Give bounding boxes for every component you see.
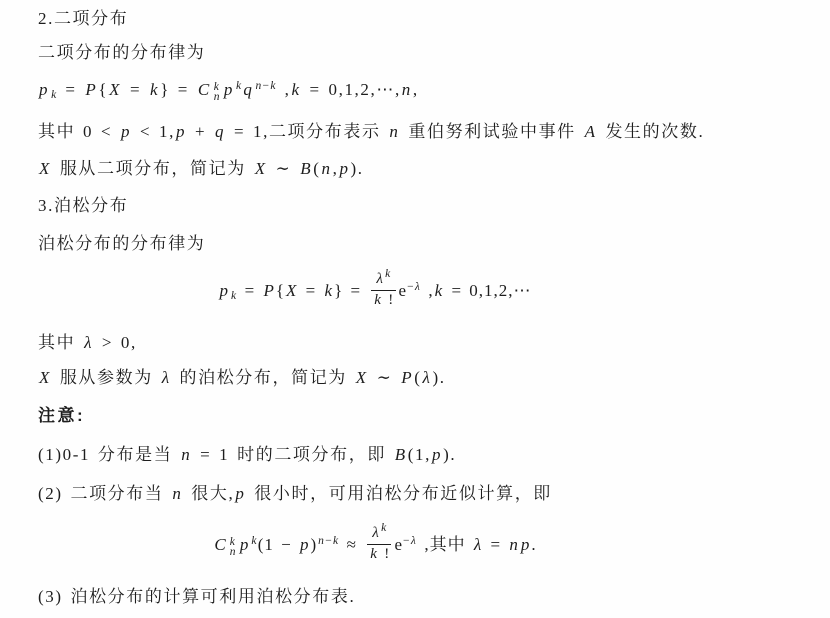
binomial-params: 其中 0 < p < 1,p + q = 1,二项分布表示 n 重伯努利试验中事…: [38, 120, 816, 143]
text-run: ).: [443, 445, 456, 464]
subscript: k: [230, 290, 237, 302]
superscript: k: [380, 522, 387, 534]
text-run: +: [187, 122, 214, 141]
superscript: k: [235, 80, 242, 92]
text-run: 很小时，可用泊松分布近似计算，即: [246, 484, 551, 503]
text-run: ).: [351, 159, 364, 178]
math-variable: k: [332, 535, 339, 547]
math-variable: B: [299, 159, 313, 178]
text-run: < 1,: [132, 122, 175, 141]
fraction: λkk !: [367, 525, 391, 563]
math-variable: B: [394, 445, 408, 464]
text-run: =: [58, 80, 85, 99]
superscript: k: [384, 268, 391, 280]
math-variable: n: [180, 445, 192, 464]
math-variable: p: [239, 535, 251, 554]
math-variable: n: [388, 122, 400, 141]
note-3-poisson-table: (3) 泊松分布的计算可利用泊松分布表.: [38, 585, 816, 608]
section-heading-poisson: 3.泊松分布: [38, 194, 816, 217]
superscript: k: [250, 535, 257, 547]
text-run: =: [298, 281, 323, 300]
math-variable: P: [84, 80, 98, 99]
math-variable: n: [508, 535, 520, 554]
superscript: n−k: [317, 535, 339, 547]
text-run: 注意:: [38, 406, 85, 425]
math-variable: k: [373, 292, 382, 308]
poisson-pmf-formula: pk = P{X = k} = λkk !e−λ ,k = 0,1,2,⋯: [0, 268, 750, 314]
text-run: =: [237, 281, 262, 300]
text-run: !: [378, 546, 389, 562]
subscript: k: [50, 89, 57, 101]
math-variable: p: [223, 80, 235, 99]
math-variable: n: [401, 80, 413, 99]
math-variable: k: [434, 281, 445, 300]
text-run: −: [407, 281, 414, 293]
math-variable: λ: [371, 525, 380, 541]
text-run: 其中: [38, 333, 83, 352]
math-variable: X: [285, 281, 298, 300]
poisson-pmf-intro: 泊松分布的分布律为: [38, 232, 816, 255]
math-variable: k: [149, 80, 160, 99]
text-run: e: [394, 535, 403, 554]
fraction-denominator: k !: [371, 291, 395, 309]
math-variable: k: [230, 290, 237, 302]
fraction: λkk !: [371, 271, 395, 309]
math-variable: C: [213, 535, 227, 554]
math-variable: k: [269, 80, 276, 92]
math-variable: λ: [473, 535, 483, 554]
math-variable: X: [38, 368, 52, 387]
superscript: −λ: [407, 281, 421, 293]
note-2-poisson-approximation: (2) 二项分布当 n 很大,p 很小时，可用泊松分布近似计算，即: [38, 482, 816, 505]
math-variable: A: [584, 122, 598, 141]
text-run: = 0,1,2,⋯: [444, 281, 531, 300]
fraction-numerator: λk: [367, 525, 391, 545]
text-run: e: [399, 281, 408, 300]
text-run: 3.泊松分布: [38, 196, 128, 215]
text-run: ,: [421, 281, 434, 300]
poisson-notation: X 服从参数为 λ 的泊松分布，简记为 X ∼ P(λ).: [38, 366, 816, 389]
text-run: 服从参数为: [52, 368, 161, 387]
text-run: .: [531, 535, 536, 554]
fraction-denominator: k !: [367, 545, 391, 563]
text-run: ∼: [369, 368, 401, 387]
math-variable: p: [120, 122, 132, 141]
math-variable: X: [108, 80, 122, 99]
math-variable: p: [431, 445, 443, 464]
text-run: {: [276, 281, 285, 300]
math-variable: λ: [410, 535, 417, 547]
math-variable: k: [250, 535, 257, 547]
text-run: = 0,1,2,⋯,: [302, 80, 401, 99]
text-run: ,其中: [417, 535, 473, 554]
fraction-numerator: λk: [371, 271, 395, 291]
binomial-pmf-formula: pk = P{X = k} = Cknpkqn−k ,k = 0,1,2,⋯,n…: [38, 78, 816, 104]
text-run: 很大,: [183, 484, 234, 503]
section-heading-binomial: 2.二项分布: [38, 7, 816, 30]
math-variable: n: [317, 535, 325, 547]
math-variable: k: [235, 80, 242, 92]
math-variable: n: [254, 80, 262, 92]
text-run: 的泊松分布，简记为: [172, 368, 355, 387]
text-run: 二项分布的分布律为: [38, 43, 205, 62]
text-run: } =: [334, 281, 368, 300]
text-run: −: [325, 535, 332, 547]
math-variable: X: [355, 368, 369, 387]
text-run: (2) 二项分布当: [38, 484, 171, 503]
poisson-param-condition: 其中 λ > 0,: [38, 331, 816, 354]
text-run: (1)0-1 分布是当: [38, 445, 180, 464]
binomial-pmf-intro: 二项分布的分布律为: [38, 41, 816, 64]
text-run: {: [98, 80, 108, 99]
text-run: 发生的次数.: [598, 122, 705, 141]
stacked-subscript: n: [213, 92, 221, 102]
text-run: ∼: [268, 159, 300, 178]
stacked-subscript: n: [229, 547, 237, 557]
text-run: ,: [413, 80, 419, 99]
math-variable: λ: [422, 368, 433, 387]
stacked-scripts: kn: [229, 537, 237, 557]
stacked-scripts: kn: [213, 82, 221, 102]
math-variable: P: [262, 281, 275, 300]
math-variable: p: [520, 535, 532, 554]
math-variable: λ: [161, 368, 172, 387]
text-run: (: [414, 368, 421, 387]
math-variable: k: [380, 522, 387, 534]
text-run: = 1 时的二项分布，即: [192, 445, 394, 464]
text-run: 重伯努利试验中事件: [401, 122, 584, 141]
poisson-approximation-formula: Cknpk(1 − p)n−k ≈ λkk !e−λ ,其中 λ = np.: [0, 522, 750, 568]
math-variable: X: [38, 159, 52, 178]
text-run: ,: [277, 80, 291, 99]
math-variable: p: [218, 281, 230, 300]
text-run: 服从二项分布，简记为: [52, 159, 254, 178]
math-variable: p: [299, 535, 311, 554]
math-variable: k: [290, 80, 301, 99]
math-variable: p: [175, 122, 187, 141]
math-variable: k: [50, 89, 57, 101]
text-run: (1 −: [258, 535, 299, 554]
math-variable: P: [400, 368, 414, 387]
math-variable: p: [234, 484, 246, 503]
math-variable: k: [369, 546, 378, 562]
text-run: } =: [160, 80, 197, 99]
math-variable: p: [338, 159, 350, 178]
text-run: !: [382, 292, 393, 308]
math-variable: n: [171, 484, 183, 503]
math-variable: λ: [375, 271, 384, 287]
math-variable: q: [242, 80, 254, 99]
superscript: −λ: [403, 535, 417, 547]
math-variable: k: [384, 268, 391, 280]
math-variable: C: [197, 80, 212, 99]
text-run: =: [483, 535, 508, 554]
text-run: 泊松分布的分布律为: [38, 234, 205, 253]
text-run: (1,: [408, 445, 431, 464]
text-run: ≈: [339, 535, 364, 554]
math-variable: q: [214, 122, 226, 141]
text-run: =: [122, 80, 149, 99]
binomial-notation: X 服从二项分布，简记为 X ∼ B(n,p).: [38, 157, 816, 180]
text-run: −: [403, 535, 410, 547]
math-variable: p: [38, 80, 50, 99]
text-run: 其中 0 <: [38, 122, 120, 141]
note-1-zero-one-distribution: (1)0-1 分布是当 n = 1 时的二项分布，即 B(1,p).: [38, 443, 816, 466]
text-run: = 1,二项分布表示: [226, 122, 388, 141]
textbook-page: 2.二项分布二项分布的分布律为pk = P{X = k} = Cknpkqn−k…: [0, 0, 830, 618]
math-variable: n: [320, 159, 332, 178]
math-variable: n: [229, 546, 237, 558]
math-variable: λ: [414, 281, 421, 293]
text-run: ).: [433, 368, 446, 387]
text-run: > 0,: [94, 333, 137, 352]
math-variable: λ: [83, 333, 94, 352]
text-run: (3) 泊松分布的计算可利用泊松分布表.: [38, 587, 355, 606]
math-variable: n: [213, 91, 221, 103]
note-heading: 注意:: [38, 404, 816, 427]
math-variable: X: [254, 159, 268, 178]
text-run: 2.二项分布: [38, 9, 128, 28]
math-variable: k: [324, 281, 335, 300]
superscript: n−k: [254, 80, 276, 92]
